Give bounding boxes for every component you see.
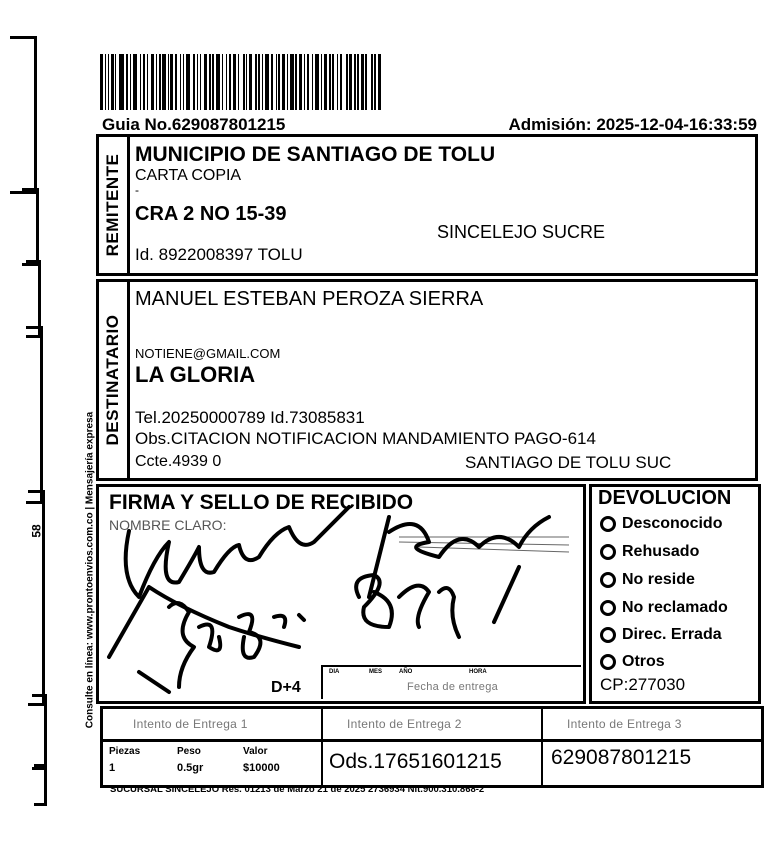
guia-number: Guia No.629087801215: [102, 115, 285, 135]
guia-number-box: 629087801215: [543, 742, 761, 785]
destinatario-locality: LA GLORIA: [135, 362, 255, 388]
remitente-type: CARTA COPIA: [135, 167, 241, 185]
option-direc-errada[interactable]: Direc. Errada: [600, 626, 722, 644]
crop-mark: [34, 764, 47, 806]
destinatario-obs: Obs.CITACION NOTIFICACION MANDAMIENTO PA…: [135, 429, 596, 449]
crop-mark: [32, 694, 47, 770]
postal-code: CP:277030: [600, 675, 685, 695]
remitente-address: CRA 2 NO 15-39: [135, 203, 287, 226]
remitente-city: SINCELEJO SUCRE: [437, 222, 605, 243]
destinatario-email: NOTIENE@GMAIL.COM: [135, 346, 280, 361]
devolucion-title: DEVOLUCION: [598, 487, 731, 510]
ods-number: Ods.17651601215: [323, 742, 543, 785]
shipment-summary: Piezas 1 Peso 0.5gr Valor $10000: [103, 742, 323, 785]
remitente-label: REMITENTE: [99, 137, 130, 273]
margin-number: 58: [30, 524, 44, 537]
destinatario-ccte: Ccte.4939 0: [135, 453, 221, 471]
destinatario-tel-id: Tel.20250000789 Id.73085831: [135, 408, 365, 428]
crop-mark: [28, 490, 45, 706]
radio-icon[interactable]: [600, 627, 616, 643]
firma-box: FIRMA Y SELLO DE RECIBIDO NOMBRE CLARO: …: [96, 484, 586, 704]
radio-icon[interactable]: [600, 600, 616, 616]
intento-2: Intento de Entrega 2: [323, 709, 543, 739]
destinatario-label: DESTINATARIO: [99, 282, 130, 478]
destinatario-name: MANUEL ESTEBAN PEROZA SIERRA: [135, 288, 483, 311]
bottom-section: Intento de Entrega 1 Intento de Entrega …: [100, 706, 764, 788]
side-text: Consulte en línea: www.prontoenvios.com.…: [80, 360, 100, 780]
radio-icon[interactable]: [600, 572, 616, 588]
devolucion-box: DEVOLUCION Desconocido Rehusado No resid…: [589, 484, 761, 704]
radio-icon[interactable]: [600, 654, 616, 670]
footer-text: SUCURSAL SINCELEJO Res. 01213 de Marzo 2…: [110, 784, 484, 795]
stamp-caption: Fecha de entrega: [407, 681, 498, 693]
stamp-year: AÑO: [399, 669, 412, 675]
option-desconocido[interactable]: Desconocido: [600, 515, 722, 533]
remitente-name: MUNICIPIO DE SANTIAGO DE TOLU: [135, 143, 495, 167]
destinatario-box: DESTINATARIO MANUEL ESTEBAN PEROZA SIERR…: [96, 279, 758, 481]
crop-mark: [10, 36, 37, 194]
remitente-id: Id. 8922008397 TOLU: [135, 245, 303, 265]
crop-mark: [26, 326, 43, 504]
radio-icon[interactable]: [600, 544, 616, 560]
intento-1: Intento de Entrega 1: [103, 709, 323, 739]
remitente-box: REMITENTE MUNICIPIO DE SANTIAGO DE TOLU …: [96, 134, 758, 276]
option-otros[interactable]: Otros: [600, 653, 665, 671]
remitente-dash: -: [135, 183, 139, 197]
stamp-month: MES: [369, 669, 382, 675]
delivery-code: D+4: [271, 679, 301, 697]
option-no-reside[interactable]: No reside: [600, 571, 695, 589]
barcode: [100, 54, 532, 110]
delivery-date-stamp: DIA MES AÑO HORA Fecha de entrega: [321, 665, 581, 699]
option-no-reclamado[interactable]: No reclamado: [600, 599, 728, 617]
intento-3: Intento de Entrega 3: [543, 709, 761, 739]
crop-mark: [22, 188, 39, 266]
destinatario-branch: SANTIAGO DE TOLU SUC: [465, 453, 671, 473]
stamp-day: DIA: [329, 669, 339, 675]
stamp-hour: HORA: [469, 669, 487, 675]
admission-date: Admisión: 2025-12-04-16:33:59: [508, 115, 757, 135]
option-rehusado[interactable]: Rehusado: [600, 543, 699, 561]
radio-icon[interactable]: [600, 516, 616, 532]
